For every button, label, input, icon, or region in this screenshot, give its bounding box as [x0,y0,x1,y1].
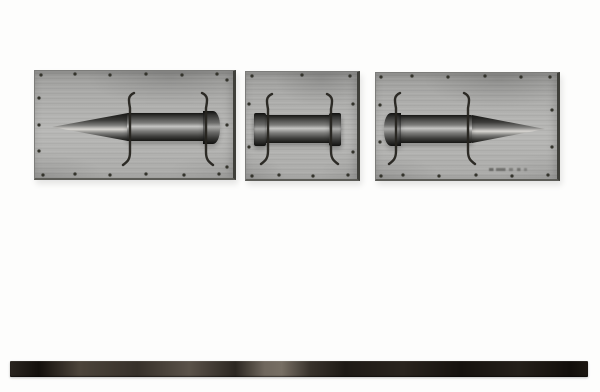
panel-center [245,71,360,181]
wood-beam [10,361,588,377]
artwork-photo [0,0,600,392]
panel-right [375,72,560,181]
strap [202,93,213,165]
strap [464,93,475,164]
retaining-straps [376,73,561,182]
strap [327,94,338,164]
retaining-straps [35,71,237,181]
strap [261,94,272,164]
strap [123,93,134,165]
strap [389,93,400,164]
inscription-mark [489,168,533,171]
panel-left [34,70,236,180]
retaining-straps [246,72,361,182]
